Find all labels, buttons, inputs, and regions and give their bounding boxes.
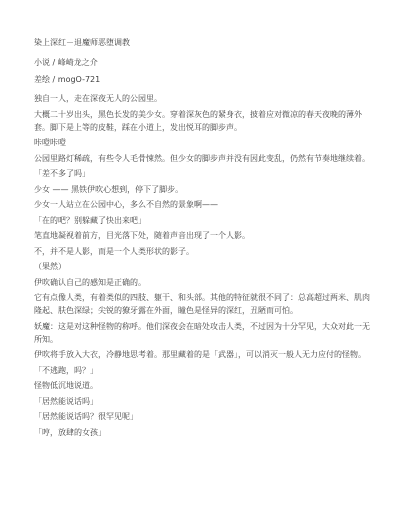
paragraph: 伊吹确认自己的感知是正确的。	[34, 276, 374, 289]
paragraph: 它有点像人类，有着类似的四肢、躯干、和头部。其他的特征就很不同了：总高超过两米、…	[34, 291, 374, 317]
paragraph: 怪物低沉地说道。	[34, 379, 374, 392]
paragraph: 不，并不是人影，而是一个人类形状的影子。	[34, 245, 374, 258]
paragraph: 大概二十岁出头，黑色长发的美少女。穿着深灰色的紧身衣，披着应对微凉的春天夜晚的薄…	[34, 108, 374, 134]
paragraph: 「居然能说话吗」	[34, 395, 374, 408]
paragraph: 妖魔：这是对这种怪物的称呼。他们深夜会在暗处攻击人类，不过因为十分罕见，大众对此…	[34, 320, 374, 346]
paragraph: 少女一人站立在公园中心，多么不自然的景象啊——	[34, 198, 374, 211]
novel-author-credit: 小说 / 峰崎龙之介	[34, 56, 374, 69]
paragraph: 笔直地凝视着前方，目光落下处，随着声音出现了一个人影。	[34, 229, 374, 242]
paragraph: 「差不多了吗」	[34, 167, 374, 180]
illustrator-credit: 差绘 / mogO-721	[34, 73, 374, 86]
paragraph: （果然）	[34, 260, 374, 273]
paragraph: 「在的吧？别躲藏了快出来吧」	[34, 214, 374, 227]
paragraph: 独自一人，走在深夜无人的公园里。	[34, 92, 374, 105]
paragraph: 伊吹将手放入大衣，冷静地思考着。那里藏着的是「武器」，可以消灭一般人无力应付的怪…	[34, 348, 374, 361]
document-page: 染上深红－退魔师恶堕调教 小说 / 峰崎龙之介 差绘 / mogO-721 独自…	[0, 0, 399, 517]
paragraph: 「居然能说话吗？很罕见呢」	[34, 410, 374, 423]
paragraph: 「哼，放肆的女孩」	[34, 426, 374, 439]
paragraph: 少女 —— 黑铁伊吹心想到，停下了脚步。	[34, 183, 374, 196]
paragraph: 「不逃跑，吗？」	[34, 364, 374, 377]
paragraph: 咔噔咔噔	[34, 136, 374, 149]
story-title: 染上深红－退魔师恶堕调教	[34, 36, 374, 49]
paragraph: 公园里路灯稀疏，有些令人毛骨悚然。但少女的脚步声并没有因此变乱，仍然有节奏地继续…	[34, 152, 374, 165]
